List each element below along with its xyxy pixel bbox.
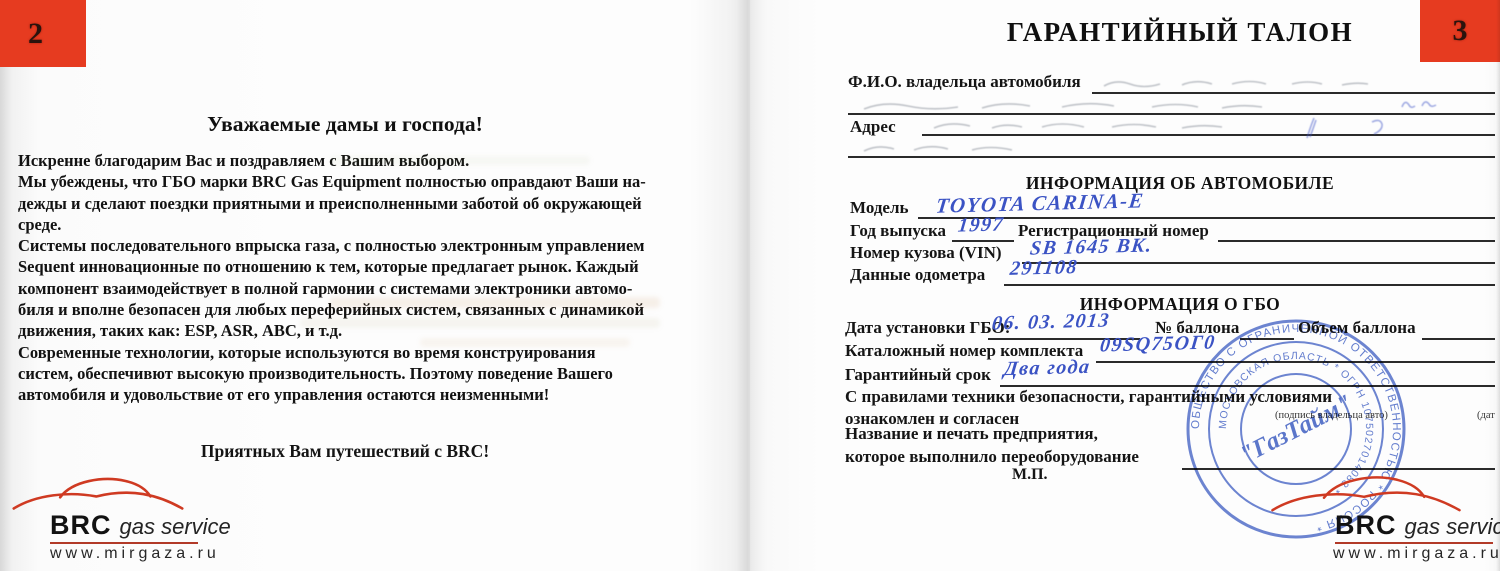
car-info-section-title: ИНФОРМАЦИЯ ОБ АВТОМОБИЛЕ	[880, 173, 1480, 194]
warranty-period-label: Гарантийный срок	[845, 365, 991, 385]
form-line	[848, 113, 1495, 115]
warranty-handwritten-value: Два года	[1003, 356, 1092, 381]
body-line: среде.	[18, 214, 724, 235]
scan-right-edge	[1496, 0, 1500, 571]
year-label: Год выпуска	[850, 221, 946, 241]
website-url: www.mirgaza.ru	[50, 545, 220, 563]
ink-bleed-artifact	[330, 156, 590, 165]
install-date-label: Дата установки ГБО:	[845, 318, 1010, 338]
ink-bleed-artifact	[330, 297, 660, 308]
odometer-label: Данные одометра	[850, 265, 985, 285]
car-silhouette-icon	[1238, 472, 1494, 514]
warranty-booklet-scan: { "colors":{"accent_red":"#e63b20","ink_…	[0, 0, 1500, 571]
form-line	[1092, 92, 1495, 94]
date-caption: (дат	[1477, 410, 1495, 421]
booklet-page-3: 3 ГАРАНТИЙНЫЙ ТАЛОН Ф.И.О. владельца авт…	[750, 0, 1500, 571]
website-url: www.mirgaza.ru	[1333, 545, 1500, 563]
install-date-handwritten-value: 06. 03. 2013	[991, 309, 1112, 335]
logo-divider	[1335, 542, 1493, 544]
vin-label: Номер кузова (VIN)	[850, 243, 1002, 263]
warranty-card-title: ГАРАНТИЙНЫЙ ТАЛОН	[900, 17, 1460, 48]
form-line	[848, 156, 1495, 158]
brand-name: BRC	[1335, 510, 1397, 541]
car-silhouette-icon	[12, 474, 184, 512]
brand-suffix: gas service	[120, 514, 231, 540]
body-line: компонент взаимодействует в полной гармо…	[18, 278, 724, 299]
faint-handwriting	[862, 142, 1022, 154]
booklet-page-2: 2 Уважаемые дамы и господа! Искренне бла…	[0, 0, 750, 571]
blue-ink-marks	[1398, 97, 1444, 111]
booklet-fold-shadow	[736, 0, 762, 571]
model-label: Модель	[850, 198, 909, 218]
brand-suffix: gas service	[1405, 514, 1500, 540]
body-line: автомобиля и удовольствие от его управле…	[18, 384, 724, 405]
logo-divider	[50, 542, 198, 544]
owner-name-label: Ф.И.О. владельца автомобиля	[848, 72, 1081, 92]
page-number-badge: 2	[0, 0, 86, 67]
faint-handwriting	[932, 120, 1262, 132]
gbo-section-title: ИНФОРМАЦИЯ О ГБО	[880, 294, 1480, 315]
ink-bleed-artifact	[420, 338, 630, 347]
body-line: Sequent инновационные по отношению к тем…	[18, 256, 724, 277]
form-line	[1004, 284, 1495, 286]
address-label: Адрес	[850, 117, 896, 137]
ink-bleed-artifact	[300, 318, 660, 328]
brc-logo: BRC gas service www.mirgaza.ru	[12, 474, 212, 564]
blue-ink-strokes	[1302, 116, 1412, 140]
company-stamp-label-line2: которое выполнило переоборудование	[845, 447, 1139, 467]
brc-logo: BRC gas service www.mirgaza.ru	[1238, 472, 1498, 562]
faint-handwriting	[1102, 78, 1382, 90]
body-line: Системы последовательного впрыска газа, …	[18, 235, 724, 256]
form-line	[1422, 338, 1495, 340]
faint-handwriting	[862, 100, 1292, 112]
stamp-center-text: "ГазТайм"	[1236, 390, 1357, 470]
body-line: систем, обеспечивют высокую производител…	[18, 363, 724, 384]
body-line: дежды и сделают поездки приятными и преи…	[18, 193, 724, 214]
greeting-title: Уважаемые дамы и господа!	[20, 112, 670, 137]
form-line	[1218, 240, 1495, 242]
closing-line: Приятных Вам путешествий с BRC!	[20, 441, 670, 462]
form-line	[1022, 262, 1495, 264]
form-line	[952, 240, 1014, 242]
odometer-handwritten-value: 291108	[1009, 256, 1080, 281]
year-handwritten-value: 1997	[957, 213, 1006, 237]
stamp-place-label: М.П.	[1012, 466, 1048, 484]
company-stamp-label-line1: Название и печать предприятия,	[845, 424, 1098, 444]
page-number: 2	[28, 17, 43, 51]
body-line: Мы убеждены, что ГБО марки BRC Gas Equip…	[18, 171, 724, 192]
brand-name: BRC	[50, 510, 112, 541]
greeting-body: Искренне благодарим Вас и поздравляем с …	[18, 150, 724, 406]
